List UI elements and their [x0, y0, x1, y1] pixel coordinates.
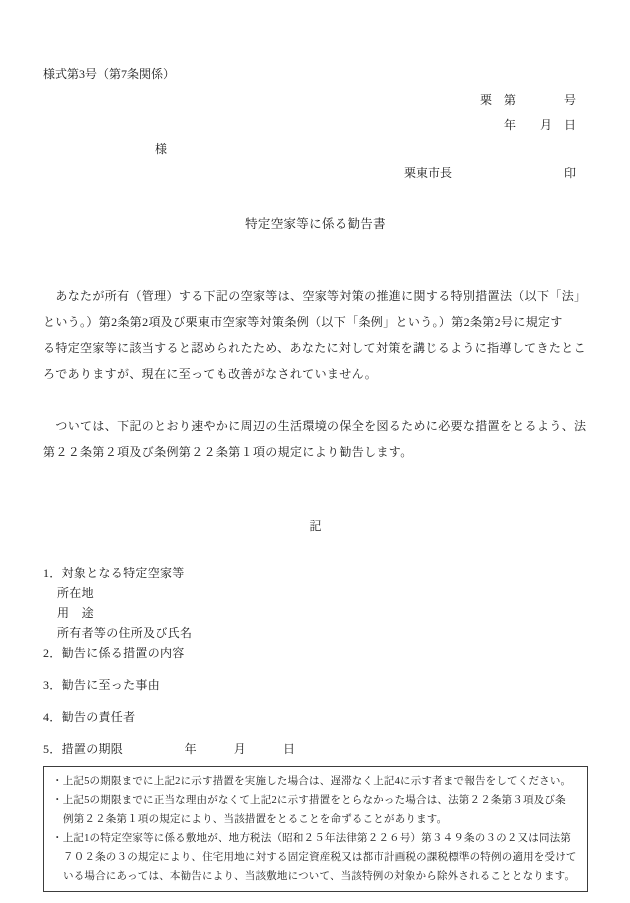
page-title: 特定空家等に係る勧告書: [43, 215, 588, 233]
list-item-4: 4．勧告の責任者: [43, 707, 588, 727]
document-page: 様式第3号（第7条関係） 栗 第 号 年 月 日 様 栗東市長 印 特定空家等に…: [0, 0, 630, 903]
seal-spacer: [452, 165, 564, 181]
item-list: 1．対象となる特定空家等 所在地 用 途 所有者等の住所及び氏名 2．勧告に係る…: [43, 563, 588, 759]
body-text: あなたが所有（管理）する下記の空家等は、空家等対策の推進に関する特別措置法（以下…: [43, 257, 588, 491]
paragraph-2: ついては、下記のとおり速やかに周辺の生活環境の保全を図るために必要な措置をとるよ…: [43, 413, 588, 465]
list-subitem-use: 用 途: [43, 603, 588, 623]
date-line: 年 月 日: [43, 117, 588, 133]
sender-line: 栗東市長 印: [43, 165, 588, 181]
form-number: 様式第3号（第7条関係）: [43, 66, 588, 82]
seal-mark: 印: [564, 165, 576, 181]
note-3: ・上記1の特定空家等に係る敷地が、地方税法（昭和２５年法律第２２６号）第３４９条…: [52, 829, 579, 886]
sender-name: 栗東市長: [404, 165, 452, 181]
addressee-line: 様: [43, 141, 588, 157]
paragraph-1: あなたが所有（管理）する下記の空家等は、空家等対策の推進に関する特別措置法（以下…: [43, 283, 588, 387]
list-subitem-owner: 所有者等の住所及び氏名: [43, 623, 588, 643]
list-item-5: 5．措置の期限 年 月 日: [43, 739, 588, 759]
list-item-1: 1．対象となる特定空家等: [43, 563, 588, 583]
record-marker: 記: [43, 517, 588, 535]
document-number-line: 栗 第 号: [43, 92, 588, 108]
list-item-3: 3．勧告に至った事由: [43, 675, 588, 695]
list-item-2: 2．勧告に係る措置の内容: [43, 643, 588, 663]
list-subitem-location: 所在地: [43, 583, 588, 603]
note-1: ・上記5の期限までに上記2に示す措置を実施した場合は、遅滞なく上記4に示す者まで…: [52, 772, 579, 791]
notes-box: ・上記5の期限までに上記2に示す措置を実施した場合は、遅滞なく上記4に示す者まで…: [43, 766, 588, 892]
note-2: ・上記5の期限までに正当な理由がなくて上記2に示す措置をとらなかった場合は、法第…: [52, 791, 579, 829]
